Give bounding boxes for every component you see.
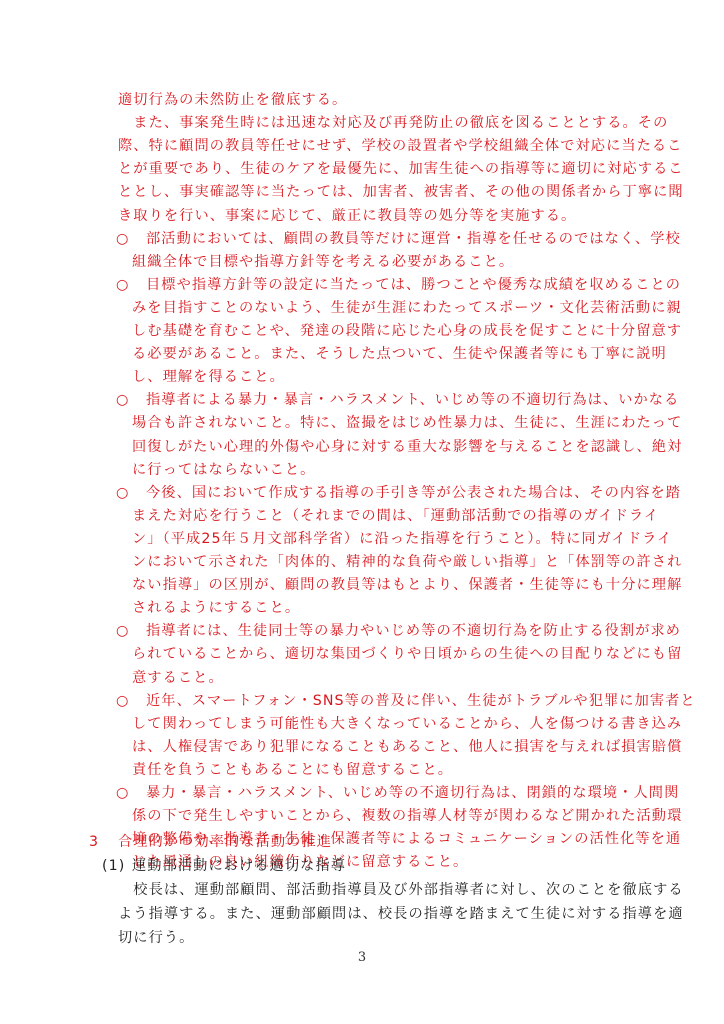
bullet-line: 近年、スマートフォン・SNS等の普及に伴い、生徒がトラブルや犯罪に加害者と: [146, 689, 696, 713]
bullet-marker: ○: [116, 227, 129, 251]
body-line: よう指導する。また、運動部顧問は、校長の指導を踏まえて生徒に対する指導を適: [118, 902, 684, 926]
subsection-number: (1): [102, 854, 125, 878]
bullet-line: 今後、国において作成する指導の手引き等が公表された場合は、その内容を踏: [146, 481, 681, 505]
bullet-line: 責任を負うこともあることにも留意すること。: [132, 758, 453, 782]
bullet-line: して関わってしまう可能性も大きくなっていることから、人を傷つける書き込み: [132, 712, 682, 736]
bullet-line: まえた対応を行うこと（それまでの間は、「運動部活動での指導のガイドライ: [132, 504, 659, 528]
bullet-line: 指導者には、生徒同士等の暴力やいじめ等の不適切行為を防止する役割が求め: [146, 619, 681, 643]
section-title: 合理的かつ効率的な活動の推進: [118, 830, 332, 854]
intro-line: き取りを行い、事案に応じて、厳正に教員等の処分等を実施する。: [118, 204, 576, 228]
bullet-line: に行ってはならないこと。: [132, 458, 315, 482]
body-line: 切に行う。: [118, 926, 194, 950]
bullet-marker: ○: [116, 388, 129, 412]
bullet-line: は、人権侵害であり犯罪になることもあること、他人に損害を与えれば損害賠償: [132, 735, 682, 759]
bullet-line: 暴力・暴言・ハラスメント、いじめ等の不適切行為は、閉鎖的な環境・人間関: [146, 781, 679, 805]
bullet-line: し、理解を得ること。: [132, 365, 285, 389]
bullet-marker: ○: [116, 689, 129, 713]
bullet-line: 指導者による暴力・暴言・ハラスメント、いじめ等の不適切行為は、いかなる: [146, 388, 679, 412]
bullet-line: みを目指すことのないよう、生徒が生涯にわたってスポーツ・文化芸術活動に親: [132, 296, 682, 320]
intro-line: 際、特に顧問の教員等任せにせず、学校の設置者や学校組織全体で対応に当たるこ: [118, 134, 683, 158]
bullet-line: ない指導」の区別が、顧問の教員等はもとより、保護者・生徒等にも十分に理解: [132, 573, 682, 597]
bullet-line: る必要があること。また、そうした点ついて、生徒や保護者等にも丁寧に説明: [132, 342, 667, 366]
bullet-marker: ○: [116, 481, 129, 505]
page-number: 3: [0, 950, 724, 965]
bullet-line: 組織全体で目標や指導方針等を考える必要があること。: [132, 250, 514, 274]
bullet-marker: ○: [116, 619, 129, 643]
bullet-line: ンにおいて示された「肉体的、精神的な負荷や厳しい指導」と「体罰等の許され: [132, 550, 682, 574]
intro-line: とが重要であり、生徒のケアを最優先に、加害生徒への指導等に適切に対応するこ: [118, 157, 684, 181]
bullet-line: しむ基礎を育むことや、発達の段階に応じた心身の成長を促すことに十分留意す: [132, 319, 682, 343]
bullet-line: されるようにすること。: [132, 596, 300, 620]
intro-line: 適切行為の未然防止を徹底する。: [118, 88, 347, 112]
section-number: 3: [89, 830, 99, 854]
body-line: 校長は、運動部顧問、部活動指導員及び外部指導者に対し、次のことを徹底する: [118, 878, 684, 902]
bullet-line: 回復しがたい心理的外傷や心身に対する重大な影響を与えることを認識し、絶対: [132, 435, 682, 459]
bullet-marker: ○: [116, 781, 129, 805]
bullet-line: 係の下で発生しやすいことから、複数の指導人材等が関わるなど開かれた活動環: [132, 804, 682, 828]
intro-line: ととし、事実確認等に当たっては、加害者、被害者、その他の関係者から丁寧に聞: [118, 180, 684, 204]
bullet-line: られていることから、適切な集団づくりや日頃からの生徒への目配りなどにも留: [132, 642, 682, 666]
bullet-line: 目標や指導方針等の設定に当たっては、勝つことや優秀な成績を収めることの: [146, 273, 681, 297]
bullet-line: 意すること。: [132, 666, 224, 690]
bullet-marker: ○: [116, 273, 129, 297]
bullet-line: ン」（平成25年５月文部科学省）に沿った指導を行うこと）。特に同ガイドライ: [132, 527, 672, 551]
bullet-line: 場合も許されないこと。特に、盗撮をはじめ性暴力は、生徒に、生涯にわたって: [132, 411, 682, 435]
subsection-title: 運動部活動における適切な指導: [132, 854, 346, 878]
intro-line: また、事案発生時には迅速な対応及び再発防止の徹底を図ることとする。その: [118, 111, 668, 135]
bullet-line: 部活動においては、顧問の教員等だけに運営・指導を任せるのではなく、学校: [146, 227, 681, 251]
